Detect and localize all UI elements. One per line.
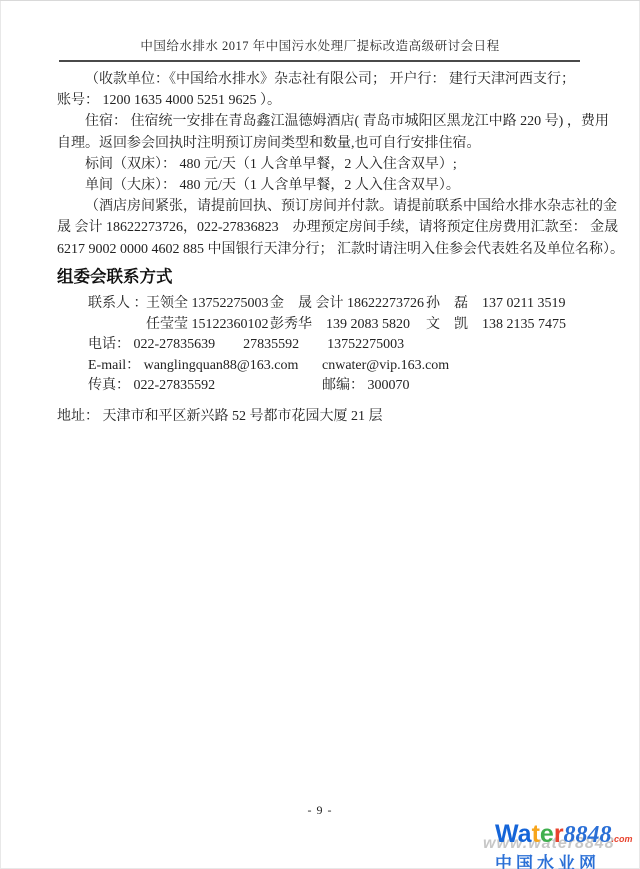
- china-water-network-text: 中国水业网: [495, 849, 637, 869]
- hotel-note-line-2: 晟 会计 18622273726，022-27836823 办理预定房间手续，请…: [57, 217, 586, 238]
- brand-letter-e: e: [540, 820, 554, 848]
- contact-jinsheng: 金 晟 会计 18622273726: [270, 294, 426, 315]
- email-line: E-mail： wanglingquan88@163.com cnwater@v…: [88, 356, 586, 377]
- hotel-note-line-3: 6217 9002 0000 4602 885 中国银行天津分行； 汇款时请注明…: [57, 239, 586, 260]
- contact-renyingying: 任莹莹 15122360102: [146, 315, 270, 336]
- standard-room-price-line: 标间（双床）： 480 元/天（1 人含单早餐，2 人入住含双早）;: [57, 154, 586, 175]
- zip-code: 邮编： 300070: [322, 376, 410, 397]
- brand-letter-t: t: [532, 820, 540, 848]
- page-number: - 9 -: [0, 803, 640, 818]
- document-page: 中国给水排水 2017 年中国污水处理厂提标改造高级研讨会日程 （收款单位：《中…: [0, 0, 640, 869]
- brand-tld: .com: [612, 834, 633, 844]
- accommodation-selfpay-line: 自理。返回参会回执时注明预订房间类型和数量,也可自行安排住宿。: [57, 133, 586, 154]
- contacts-label: 联系人 ：: [88, 294, 146, 315]
- committee-contacts: 联系人 ： 王领全 13752275003 金 晟 会计 18622273726…: [88, 294, 586, 427]
- contact-pengxiuhua: 彭秀华 139 2083 5820: [270, 315, 426, 336]
- single-room-price-line: 单间（大床）： 480 元/天（1 人含单早餐，2 人入住含双早）。: [57, 175, 586, 196]
- contact-sunlei: 孙 磊 137 0211 3519: [426, 294, 586, 315]
- email-primary: E-mail： wanglingquan88@163.com: [88, 356, 322, 377]
- payment-account-line: 账号： 1200 1635 4000 5251 9625 ）。: [57, 90, 586, 111]
- document-header-title: 中国给水排水 2017 年中国污水处理厂提标改造高级研讨会日程: [0, 36, 640, 54]
- phone-line: 电话： 022-27835639 27835592 13752275003: [88, 335, 586, 356]
- contact-wanglingquan: 王领全 13752275003: [146, 294, 270, 315]
- committee-contact-heading: 组委会联系方式: [57, 267, 586, 288]
- brand-letter-r: r: [554, 820, 564, 848]
- contact-row-1: 联系人 ： 王领全 13752275003 金 晟 会计 18622273726…: [88, 294, 586, 315]
- fax-number: 传真： 022-27835592: [88, 376, 322, 397]
- water8848-brand-text: Water8848.com: [495, 822, 637, 851]
- payment-recipient-line: （收款单位：《中国给水排水》杂志社有限公司； 开户行： 建行天津河西支行；: [57, 69, 586, 90]
- brand-number: 8848: [564, 822, 612, 848]
- brand-letter-w: W: [495, 820, 518, 848]
- scan-edge: [0, 0, 640, 1]
- hotel-note-line-1: （酒店房间紧张，请提前回执、预订房间并付款。请提前联系中国给水排水杂志社的金: [57, 196, 586, 217]
- header-rule: [59, 60, 580, 62]
- contact-row-2: 任莹莹 15122360102 彭秀华 139 2083 5820 文 凯 13…: [88, 315, 586, 336]
- email-secondary: cnwater@vip.163.com: [322, 356, 449, 377]
- address-line: 地址： 天津市和平区新兴路 52 号都市花园大厦 21 层: [57, 406, 586, 427]
- accommodation-hotel-line: 住宿： 住宿统一安排在青岛鑫江温德姆酒店( 青岛市城阳区黑龙江中路 220 号)…: [57, 111, 586, 132]
- brand-letter-a: a: [518, 820, 532, 848]
- document-body: （收款单位：《中国给水排水》杂志社有限公司； 开户行： 建行天津河西支行； 账号…: [57, 69, 586, 427]
- contact-wenkai: 文 凯 138 2135 7475: [426, 315, 586, 336]
- water8848-watermark-logo: www.water8848 Water8848.com 中国水业网: [495, 822, 637, 868]
- fax-zip-line: 传真： 022-27835592 邮编： 300070: [88, 376, 586, 397]
- contacts-label-spacer: [88, 315, 146, 336]
